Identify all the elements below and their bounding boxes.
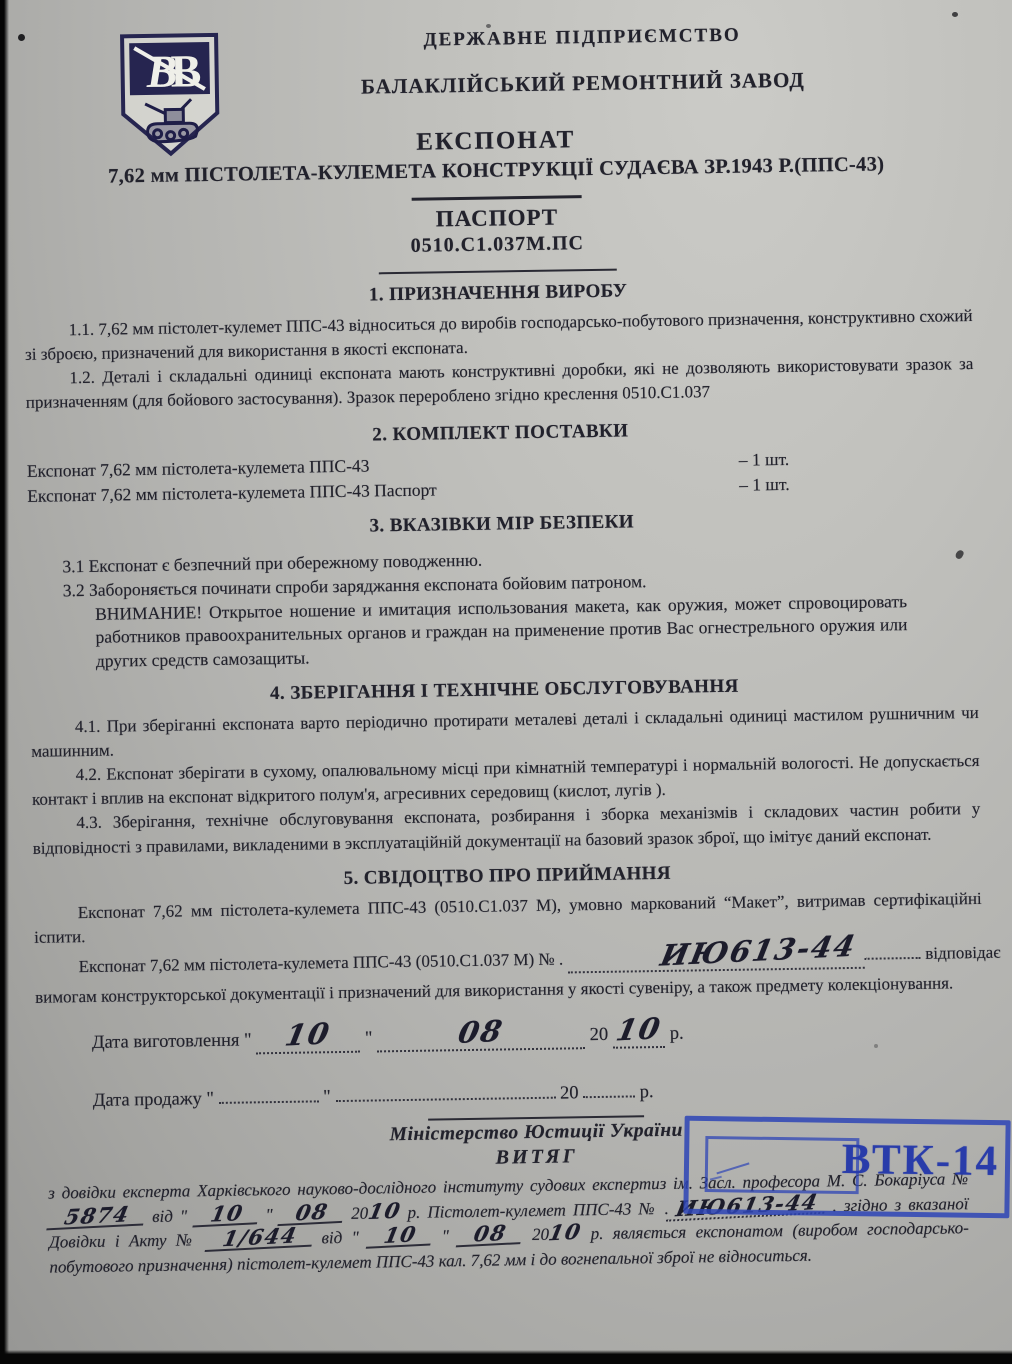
stamp-slash-mark <box>716 1162 749 1174</box>
year-century: 20 <box>589 1025 608 1045</box>
supply-item-qty: – 1 шт. <box>739 446 790 472</box>
supply-item-name: Експонат 7,62 мм пістолета-кулемета ППС-… <box>27 479 437 505</box>
stamp-label: ВТК-14 <box>841 1135 999 1186</box>
certificate-number-handwritten: 5874 <box>46 1205 147 1230</box>
supply-item-name: Експонат 7,62 мм пістолета-кулемета ППС-… <box>27 455 370 480</box>
day-handwritten: 10 <box>284 1022 333 1047</box>
sale-date-line: Дата продажу " " 20 р. <box>93 1073 985 1112</box>
ink-speck <box>952 12 958 17</box>
extract-text: 20 <box>344 1203 368 1222</box>
scanned-document-page: { "document": { "header": { "org_type": … <box>0 0 1012 1364</box>
vtk-stamp: ВТК-14 <box>683 1116 1010 1219</box>
stamp-inner-box <box>705 1136 860 1194</box>
quote-mark: " <box>323 1087 331 1107</box>
extract-text: від " <box>312 1228 368 1248</box>
act-number-handwritten: 1/644 <box>204 1227 314 1252</box>
day-slot: 10 <box>256 1023 360 1055</box>
serial-slot: ИЮ613-44 <box>567 939 865 974</box>
month-slot: 08 <box>377 1019 585 1052</box>
year-suffix: р. <box>670 1024 684 1044</box>
day-handwritten: 10 <box>366 1226 435 1249</box>
extract-text: 20 <box>522 1225 549 1244</box>
year-handwritten: 10 <box>614 1017 663 1042</box>
day-handwritten: 10 <box>192 1204 261 1227</box>
scan-edge-bottom <box>0 1350 1012 1364</box>
year-slot: 10 <box>613 1018 666 1049</box>
supply-item-qty: – 1 шт. <box>739 472 790 498</box>
factory-logo: В В <box>116 31 224 159</box>
serial-line-suffix: відповідає <box>925 943 1001 963</box>
letterhead: ДЕРЖАВНЕ ПІДПРИЄМСТВО БАЛАКЛІЙСЬКИЙ РЕМО… <box>232 10 933 102</box>
manufacture-date-label: Дата виготовлення " <box>92 1030 252 1053</box>
extract-text: від " <box>145 1206 194 1226</box>
serial-line-prefix: Експонат 7,62 мм пістолета-кулемета ППС-… <box>79 949 564 976</box>
extract-text: " <box>258 1205 280 1224</box>
warning-note: ВНИМАНИЕ! Открытое ношение и имитация ис… <box>95 590 908 674</box>
ink-speck <box>874 1044 878 1048</box>
stamp-slash-mark <box>710 1176 722 1181</box>
year-handwritten: 10 <box>547 1224 583 1242</box>
quote-mark: " <box>365 1029 373 1049</box>
ink-speck <box>486 24 491 28</box>
ink-speck <box>18 34 25 41</box>
divider-line <box>412 195 582 201</box>
extract-text: " <box>432 1227 458 1246</box>
year-century: 20 <box>560 1083 579 1103</box>
day-slot-empty <box>218 1083 318 1104</box>
year-slot-empty <box>583 1078 635 1098</box>
extract-text: р. Пістолет-кулемет ППС-43 № . <box>400 1199 669 1222</box>
org-name-line: БАЛАКЛІЙСЬКИЙ РЕМОНТНИЙ ЗАВОД <box>233 66 933 102</box>
section-3-heading: 3. ВКАЗІВКИ МІР БЕЗПЕКИ <box>28 506 976 543</box>
month-slot-empty <box>335 1080 555 1102</box>
divider-line <box>379 269 617 275</box>
document-body: В В ДЕРЖАВНЕ ПІДПРИЄМСТВО БАЛАКЛІЙСЬКИЙ … <box>20 9 988 1280</box>
month-handwritten: 08 <box>456 1224 525 1247</box>
month-handwritten: 08 <box>456 1020 505 1045</box>
sale-date-label: Дата продажу " <box>93 1089 215 1111</box>
scan-edge-left <box>0 0 9 1364</box>
org-type-line: ДЕРЖАВНЕ ПІДПРИЄМСТВО <box>232 10 932 55</box>
year-suffix: р. <box>640 1082 654 1102</box>
manufacture-date-line: Дата виготовлення " 10 " 08 20 10 р. <box>92 1013 984 1057</box>
dotted-leader <box>865 943 921 960</box>
year-handwritten: 10 <box>366 1202 402 1220</box>
